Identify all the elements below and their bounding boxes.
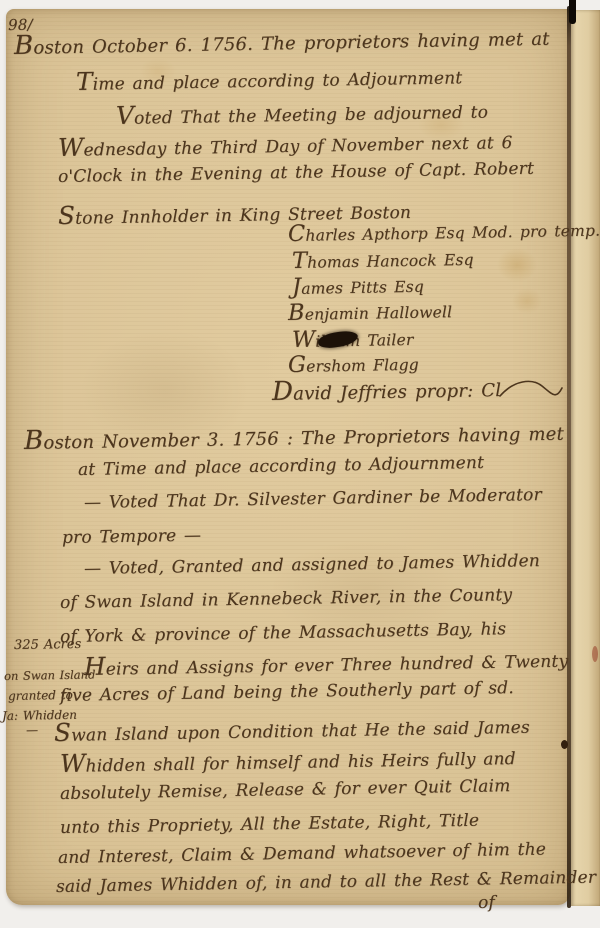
nov-line-5: — Voted, Granted and assigned to James W…: [84, 551, 540, 579]
oct-line-2: Time and place according to Adjournment: [76, 60, 463, 96]
margin-note-granted: granted to: [8, 688, 73, 703]
nov-line-13: unto this Propriety, All the Estate, Rig…: [60, 811, 480, 838]
nov-line-7: of York & province of the Massachusetts …: [60, 619, 507, 647]
nov-line-15: said James Whidden of, in and to all the…: [56, 868, 597, 897]
margin-note-grantee: Ja: Whidden: [2, 708, 77, 723]
nov-line-1: Boston November 3. 1756 : The Proprietor…: [24, 417, 564, 456]
edge-smudge: [592, 646, 598, 662]
margin-note-dash: —: [26, 723, 38, 737]
manuscript-scan: 98/ Boston October 6. 1756. The propriet…: [0, 0, 600, 928]
oct-line-5: o'Clock in the Evening at the House of C…: [58, 159, 534, 187]
nov-line-11: Whidden shall for himself and his Heirs …: [60, 741, 516, 778]
nov-line-4: pro Tempore —: [62, 526, 201, 548]
clerk-signature: David Jeffries propr: Cl: [272, 373, 502, 407]
catchword: of: [478, 893, 495, 913]
pen-flourish-icon: [498, 378, 564, 404]
oct-line-1: Boston October 6. 1756. The proprietors …: [14, 22, 550, 61]
nov-line-8: Heirs and Assigns for ever Three hundred…: [84, 644, 569, 681]
attendee-name: Benjamin Hallowell: [288, 297, 453, 326]
nov-line-9: five Acres of Land being the Southerly p…: [60, 678, 514, 706]
oct-line-3: Voted That the Meeting be adjourned to: [116, 95, 489, 130]
nov-line-6: of Swan Island in Kennebeck River, in th…: [60, 585, 513, 613]
attendee-name: James Pitts Esq: [292, 272, 424, 300]
attendee-name: Charles Apthorp Esq Mod. pro temp.: [288, 216, 600, 247]
nov-line-12: absolutely Remise, Release & for ever Qu…: [60, 776, 511, 804]
nov-line-2: at Time and place according to Adjournme…: [78, 453, 484, 480]
attendee-name: Gershom Flagg: [288, 350, 419, 378]
ink-speck: [561, 740, 568, 749]
attendee-name: Thomas Hancock Esq: [292, 245, 474, 274]
nov-line-14: and Interest, Claim & Demand whatsoever …: [58, 839, 546, 868]
nov-line-3: — Voted That Dr. Silvester Gardiner be M…: [84, 485, 542, 513]
margin-note-acreage: 325 Acres: [14, 637, 81, 653]
margin-note-location: on Swan Island: [4, 667, 96, 683]
handwriting-layer: 98/ Boston October 6. 1756. The propriet…: [0, 0, 600, 928]
oct-line-4: Wednesday the Third Day of November next…: [58, 125, 513, 162]
